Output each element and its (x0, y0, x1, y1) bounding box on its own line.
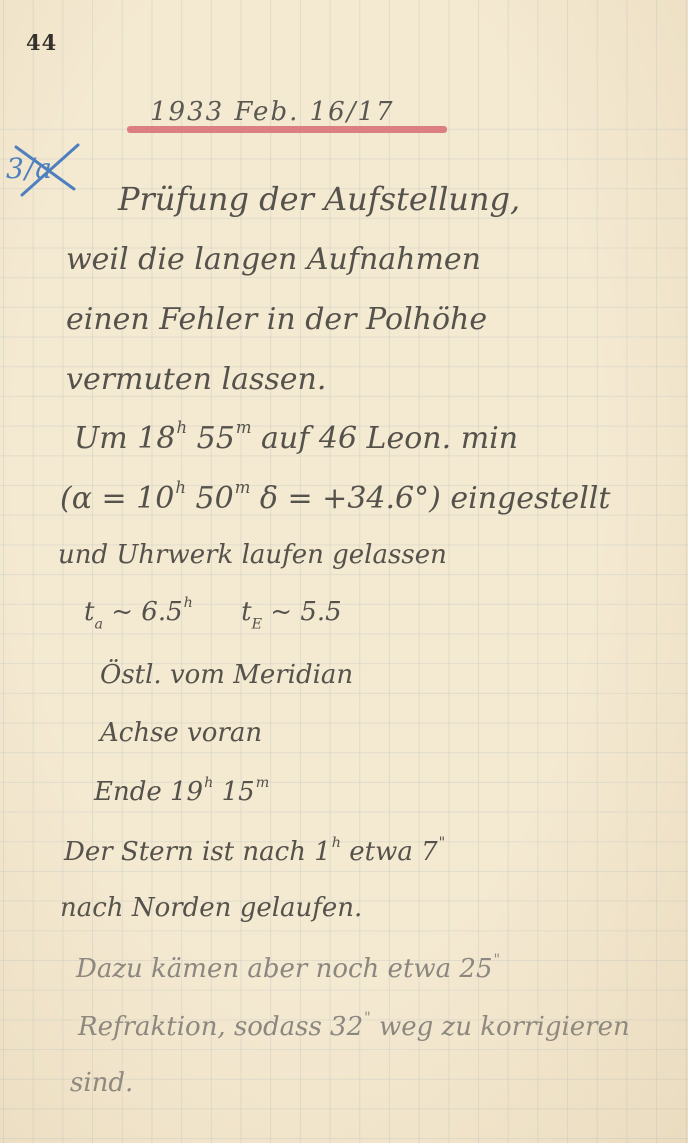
note-line-14: Dazu kämen aber noch etwa 25" (76, 952, 500, 984)
note-line-11-end-time: Ende 19h 15m (94, 775, 269, 807)
page-number: 44 (26, 30, 57, 55)
strike-through-x-icon (6, 143, 84, 199)
note-line-6-coordinates: (α = 10h 50m δ = +34.6°) eingestellt (60, 478, 610, 516)
red-pencil-underline (127, 126, 447, 133)
note-line-8-hour-angles: ta ~ 6.5h tE ~ 5.5 (84, 595, 342, 632)
note-line-15: Refraktion, sodass 32" weg zu korrigiere… (78, 1010, 630, 1042)
note-line-1: Prüfung der Aufstellung, (118, 180, 520, 218)
note-line-2: weil die langen Aufnahmen (66, 242, 481, 277)
note-line-4: vermuten lassen. (66, 362, 326, 397)
note-line-12: Der Stern ist nach 1h etwa 7" (64, 835, 445, 867)
note-line-13: nach Norden gelaufen. (60, 893, 362, 923)
entry-date-heading: 1933 Feb. 16/17 (150, 97, 395, 127)
note-line-10: Achse voran (100, 718, 262, 748)
note-line-3: einen Fehler in der Polhöhe (66, 302, 487, 337)
note-line-16: sind. (70, 1068, 133, 1098)
note-line-9: Östl. vom Meridian (100, 660, 353, 690)
note-line-7: und Uhrwerk laufen gelassen (58, 540, 447, 570)
note-line-5-time: Um 18h 55m auf 46 Leon. min (74, 418, 518, 456)
notebook-page: 44 1933 Feb. 16/17 3/a Prüfung der Aufst… (0, 0, 688, 1143)
